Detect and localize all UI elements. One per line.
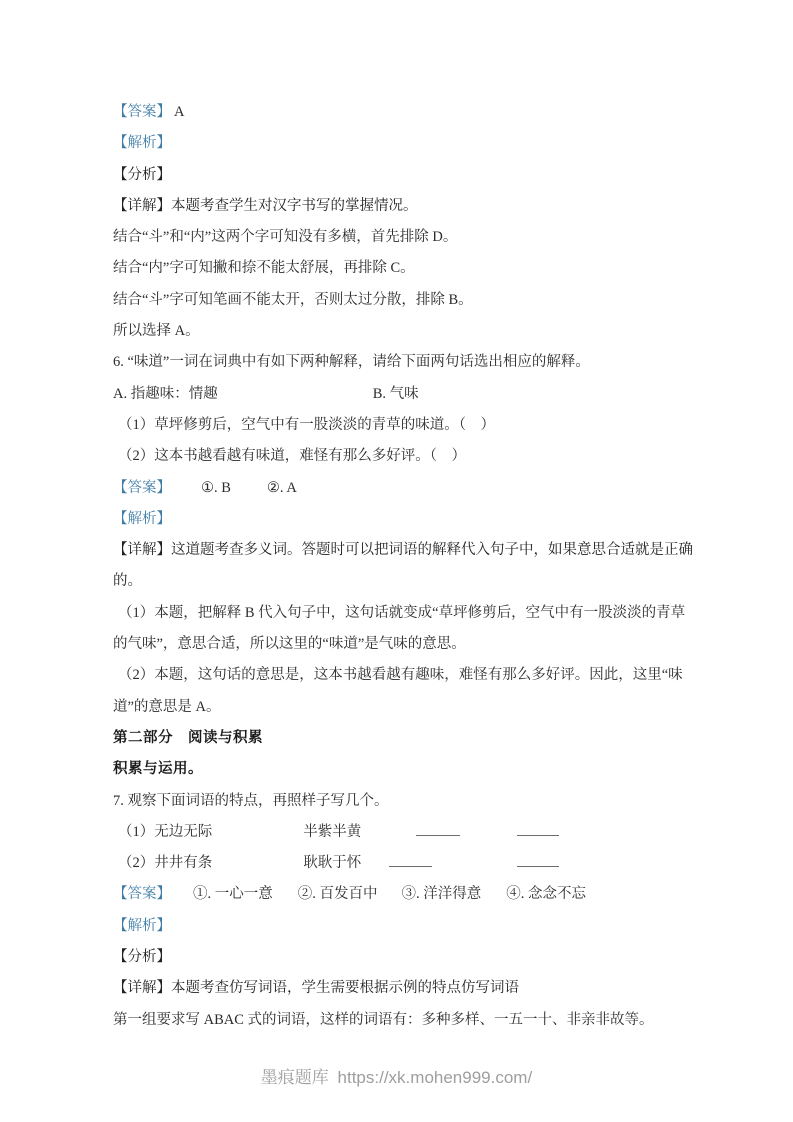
text-segment: ④. 念念不忘 <box>506 886 586 902</box>
text-segment: 【答案】 <box>113 886 171 902</box>
text-segment: 7. 观察下面词语的特点，再照样子写几个。 <box>113 793 389 809</box>
q7-row-1: （1）无边无际半紫半黄 <box>113 817 713 848</box>
text-segment: （2）井井有条 <box>118 855 212 871</box>
text-segment: 第一组要求写 ABAC 式的词语，这样的词语有：多种多样、一五一十、非亲非故等。 <box>113 1012 654 1028</box>
q6-sentence-1: （1）草坪修剪后，空气中有一股淡淡的青草的味道。（ ） <box>113 410 713 441</box>
text-segment: 积累与运用。 <box>113 761 203 777</box>
footer-url: https://xk.mohen999.com/ <box>338 1068 533 1087</box>
text-segment: （2）这本书越看越有味道，难怪有那么多好评。（ ） <box>118 448 466 464</box>
text-segment: 【详解】本题考查仿写词语，学生需要根据示例的特点仿写词语 <box>113 980 519 996</box>
text-segment: ②. 百发百中 <box>298 886 378 902</box>
text-segment: ③. 洋洋得意 <box>402 886 482 902</box>
text-segment: （1）无边无际 <box>118 824 212 840</box>
answer-blank <box>517 822 559 836</box>
part2-heading: 第二部分 阅读与积累 <box>113 723 713 754</box>
text-segment: 【分析】 <box>113 949 171 965</box>
q7-answer-line: 【答案】①. 一心一意②. 百发百中③. 洋洋得意④. 念念不忘 <box>113 879 713 910</box>
text-segment: B. 气味 <box>373 386 419 402</box>
answer-blank <box>416 822 460 836</box>
text-segment: 结合“内”字可知撇和捺不能太舒展，再排除 C。 <box>113 260 415 276</box>
q7-fenxi-marker: 【分析】 <box>113 942 713 973</box>
q6-options: A. 指趣味：情趣B. 气味 <box>113 379 713 410</box>
text-segment: 【详解】这道题考查多义词。答题时可以把词语的解释代入句子中，如果意思合适就是正确 <box>113 542 693 558</box>
text-segment: 【答案】 <box>113 104 171 120</box>
text-segment: （2）本题，这句话的意思是，这本书越看越有趣味，难怪有那么多好评。因此，这里“味 <box>118 667 683 683</box>
q6-stem: 6. “味道”一词在词典中有如下两种解释，请给下面两句话选出相应的解释。 <box>113 347 713 378</box>
text-segment: ②. A <box>267 480 297 496</box>
text-segment: 【解析】 <box>113 918 171 934</box>
q7-jiexi-marker: 【解析】 <box>113 911 713 942</box>
text-segment: 【答案】 <box>113 480 171 496</box>
answer-blank <box>389 853 432 867</box>
text-segment: 耿耿于怀 <box>303 855 361 871</box>
answer-blank <box>517 853 559 867</box>
text-segment: 结合“斗”字可知笔画不能太开，否则太过分散，排除 B。 <box>113 292 473 308</box>
text-segment: 【解析】 <box>113 135 171 151</box>
q5-answer-line: 【答案】A <box>113 97 713 128</box>
exam-answer-page: 【答案】A【解析】【分析】【详解】本题考查学生对汉字书写的掌握情况。结合“斗”和… <box>0 0 793 1122</box>
text-segment: 结合“斗”和“内”这两个字可知没有多横，首先排除 D。 <box>113 229 457 245</box>
q7-expl-line-1: 第一组要求写 ABAC 式的词语，这样的词语有：多种多样、一五一十、非亲非故等。 <box>113 1005 713 1036</box>
q6-sentence-2: （2）这本书越看越有味道，难怪有那么多好评。（ ） <box>113 441 713 472</box>
q7-row-2: （2）井井有条耿耿于怀 <box>113 848 713 879</box>
q6-answer-line: 【答案】①. B②. A <box>113 473 713 504</box>
text-segment: 【解析】 <box>113 511 171 527</box>
q5-expl-line-1: 结合“斗”和“内”这两个字可知没有多横，首先排除 D。 <box>113 222 713 253</box>
text-segment: ①. 一心一意 <box>193 886 273 902</box>
q5-expl-line-2: 结合“内”字可知撇和捺不能太舒展，再排除 C。 <box>113 253 713 284</box>
q6-expl2-line-2: 道”的意思是 A。 <box>113 692 713 723</box>
text-segment: （1）草坪修剪后，空气中有一股淡淡的青草的味道。（ ） <box>118 417 495 433</box>
q6-expl1-line-2: 的气味”，意思合适，所以这里的“味道”是气味的意思。 <box>113 629 713 660</box>
q6-expl1-line-1: （1）本题，把解释 B 代入句子中，这句话就变成“草坪修剪后，空气中有一股淡淡的… <box>113 598 713 629</box>
footer-site-name: 墨痕题库 <box>261 1068 329 1087</box>
q6-xiangjie-line-1: 【详解】这道题考查多义词。答题时可以把词语的解释代入句子中，如果意思合适就是正确 <box>113 535 713 566</box>
q5-expl-line-4: 所以选择 A。 <box>113 316 713 347</box>
text-segment: ①. B <box>201 480 231 496</box>
q6-expl2-line-1: （2）本题，这句话的意思是，这本书越看越有趣味，难怪有那么多好评。因此，这里“味 <box>113 660 713 691</box>
text-segment: 第二部分 阅读与积累 <box>113 730 263 746</box>
text-segment: A <box>174 104 184 120</box>
section-subheading: 积累与运用。 <box>113 754 713 785</box>
q6-jiexi-marker: 【解析】 <box>113 504 713 535</box>
text-segment: 的。 <box>113 573 142 589</box>
q7-xiangjie-line: 【详解】本题考查仿写词语，学生需要根据示例的特点仿写词语 <box>113 973 713 1004</box>
text-segment: 【详解】本题考查学生对汉字书写的掌握情况。 <box>113 198 418 214</box>
text-segment: 所以选择 A。 <box>113 323 200 339</box>
footer: 墨痕题库 https://xk.mohen999.com/ <box>0 1063 793 1088</box>
q5-xiangjie-line: 【详解】本题考查学生对汉字书写的掌握情况。 <box>113 191 713 222</box>
text-segment: 道”的意思是 A。 <box>113 699 221 715</box>
text-segment: 的气味”，意思合适，所以这里的“味道”是气味的意思。 <box>113 636 466 652</box>
q5-expl-line-3: 结合“斗”字可知笔画不能太开，否则太过分散，排除 B。 <box>113 285 713 316</box>
q5-fenxi-marker: 【分析】 <box>113 160 713 191</box>
q5-jiexi-marker: 【解析】 <box>113 128 713 159</box>
text-segment: 【分析】 <box>113 167 171 183</box>
text-segment: （1）本题，把解释 B 代入句子中，这句话就变成“草坪修剪后，空气中有一股淡淡的… <box>118 605 685 621</box>
document-lines: 【答案】A【解析】【分析】【详解】本题考查学生对汉字书写的掌握情况。结合“斗”和… <box>113 97 713 1036</box>
q6-xiangjie-line-2: 的。 <box>113 566 713 597</box>
text-segment: 6. “味道”一词在词典中有如下两种解释，请给下面两句话选出相应的解释。 <box>113 354 590 370</box>
text-segment: A. 指趣味：情趣 <box>113 386 218 402</box>
q7-stem: 7. 观察下面词语的特点，再照样子写几个。 <box>113 786 713 817</box>
text-segment: 半紫半黄 <box>303 824 361 840</box>
